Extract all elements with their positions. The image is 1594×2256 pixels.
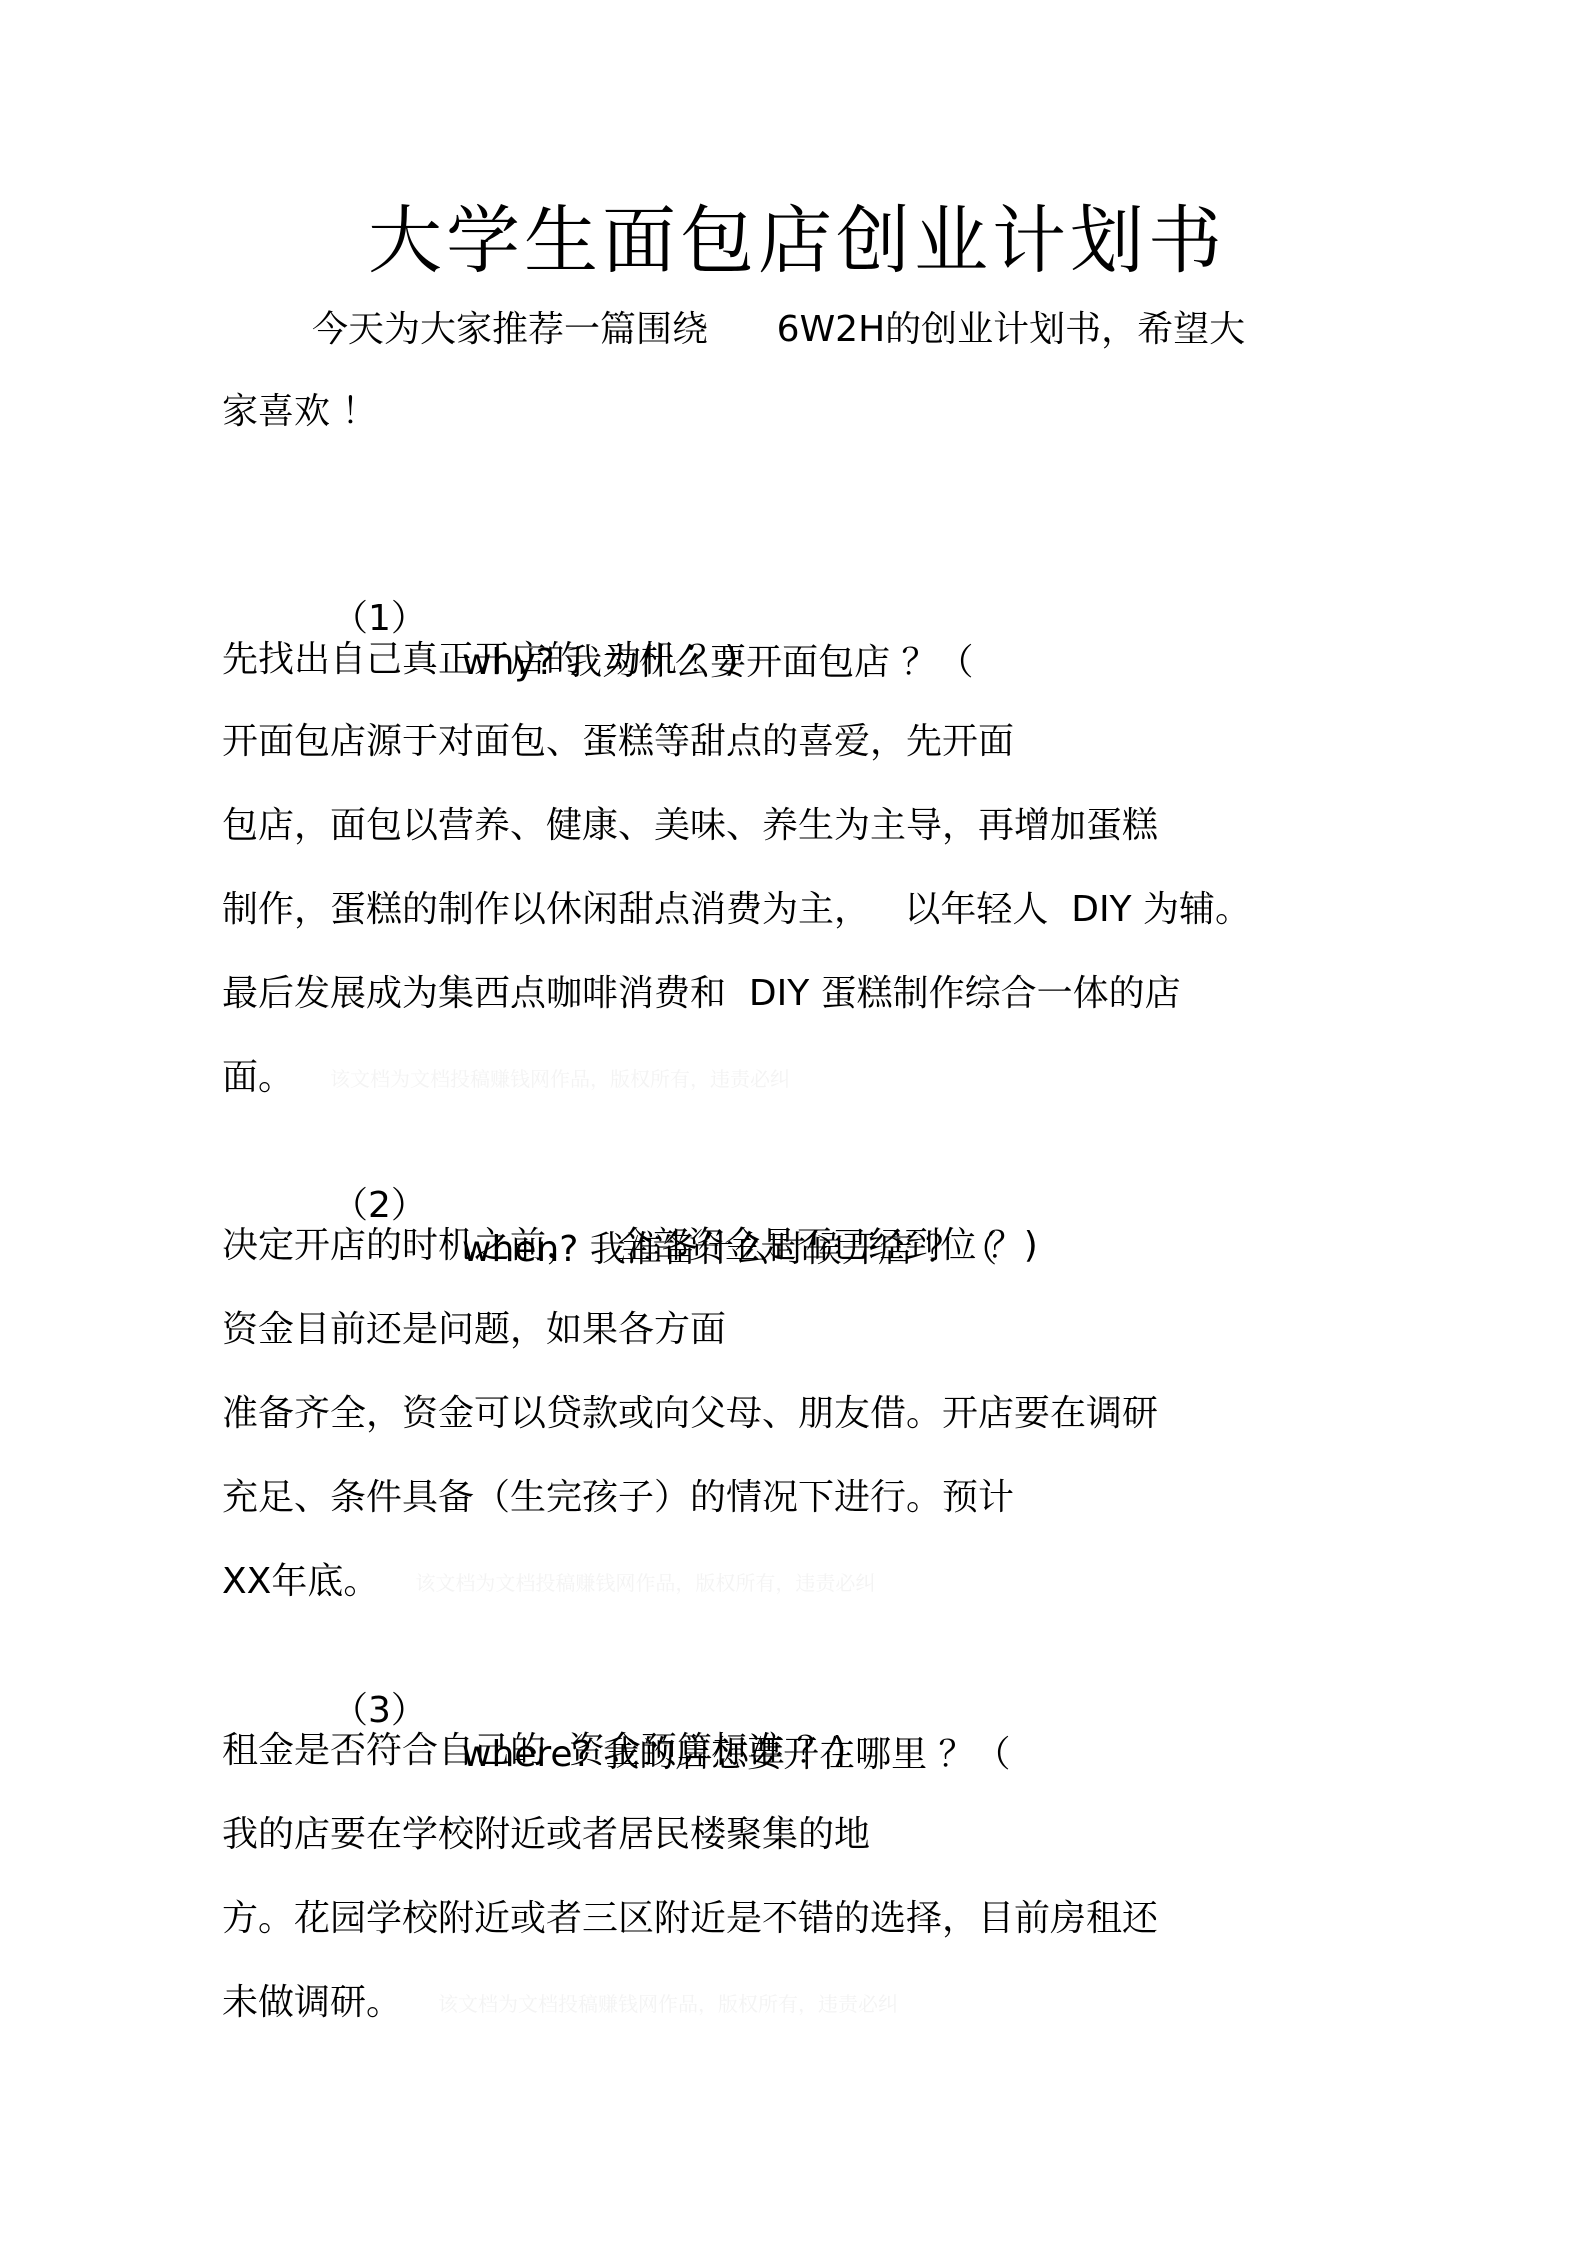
body-line: 准备齐全，资金可以贷款或向父母、朋友借。开店要在调研 xyxy=(222,1392,1158,1436)
watermark-text: 该文档为文档投稿赚钱网作品，版权所有，违责必纠 xyxy=(438,1992,898,2016)
body-text: 未做调研。 xyxy=(222,1982,402,2023)
body-line: 制作，蛋糕的制作以休闲甜点消费为主， 以年轻人 DIY 为辅。 xyxy=(222,888,1251,932)
watermark-text: 该文档为文档投稿赚钱网作品，版权所有，违责必纠 xyxy=(415,1571,875,1595)
body-line: 开面包店源于对面包、蛋糕等甜点的喜爱，先开面 xyxy=(222,720,1014,764)
section-number: （3） xyxy=(332,1689,427,1733)
section-heading-when: （2） when? 我准备什么时候开店 ？（ xyxy=(222,1140,1422,1184)
body-line: 我的店要在学校附近或者居民楼聚集的地 xyxy=(222,1813,870,1857)
body-line: 最后发展成为集西点咖啡消费和 DIY 蛋糕制作综合一体的店 xyxy=(222,972,1181,1016)
body-line: 资金目前还是问题，如果各方面 xyxy=(222,1308,726,1352)
body-line: 租金是否符合自己的 资金预算标准 ？) xyxy=(222,1729,846,1773)
body-line: 方。花园学校附近或者三区附近是不错的选择，目前房租还 xyxy=(222,1897,1158,1941)
section-heading-where: （3） where? 我的店想要开在哪里 ？（ xyxy=(222,1645,1422,1689)
body-text: XX年底。 xyxy=(222,1561,379,1602)
watermark-text: 该文档为文档投稿赚钱网作品，版权所有，违责必纠 xyxy=(330,1067,790,1091)
intro-line-2: 家喜欢 ！ xyxy=(222,390,377,434)
body-line-with-watermark: 未做调研。该文档为文档投稿赚钱网作品，版权所有，违责必纠 xyxy=(222,1981,898,2026)
section-number: （1） xyxy=(332,597,427,641)
body-line: 充足、条件具备（生完孩子）的情况下进行。预计 xyxy=(222,1476,1014,1520)
body-line-with-watermark: XX年底。该文档为文档投稿赚钱网作品，版权所有，违责必纠 xyxy=(222,1560,875,1605)
body-line: 包店，面包以营养、健康、美味、养生为主导，再增加蛋糕 xyxy=(222,804,1158,848)
section-heading-why: （1） why? 我为什么要开面包店 ？（ xyxy=(222,553,1422,597)
document-title: 大学生面包店创业计划书 xyxy=(0,196,1594,286)
section-number: （2） xyxy=(332,1184,427,1228)
body-line-with-watermark: 面。该文档为文档投稿赚钱网作品，版权所有，违责必纠 xyxy=(222,1056,790,1101)
body-line: 决定开店的时机之前， 全部资金是否已经到位 ？) xyxy=(222,1224,1038,1268)
intro-line-1: 今天为大家推荐一篇围绕 6W2H的创业计划书，希望大 xyxy=(312,308,1245,352)
body-line: 先找出自己真正开店的 动机 ？) xyxy=(222,638,738,682)
body-text: 面。 xyxy=(222,1057,294,1098)
